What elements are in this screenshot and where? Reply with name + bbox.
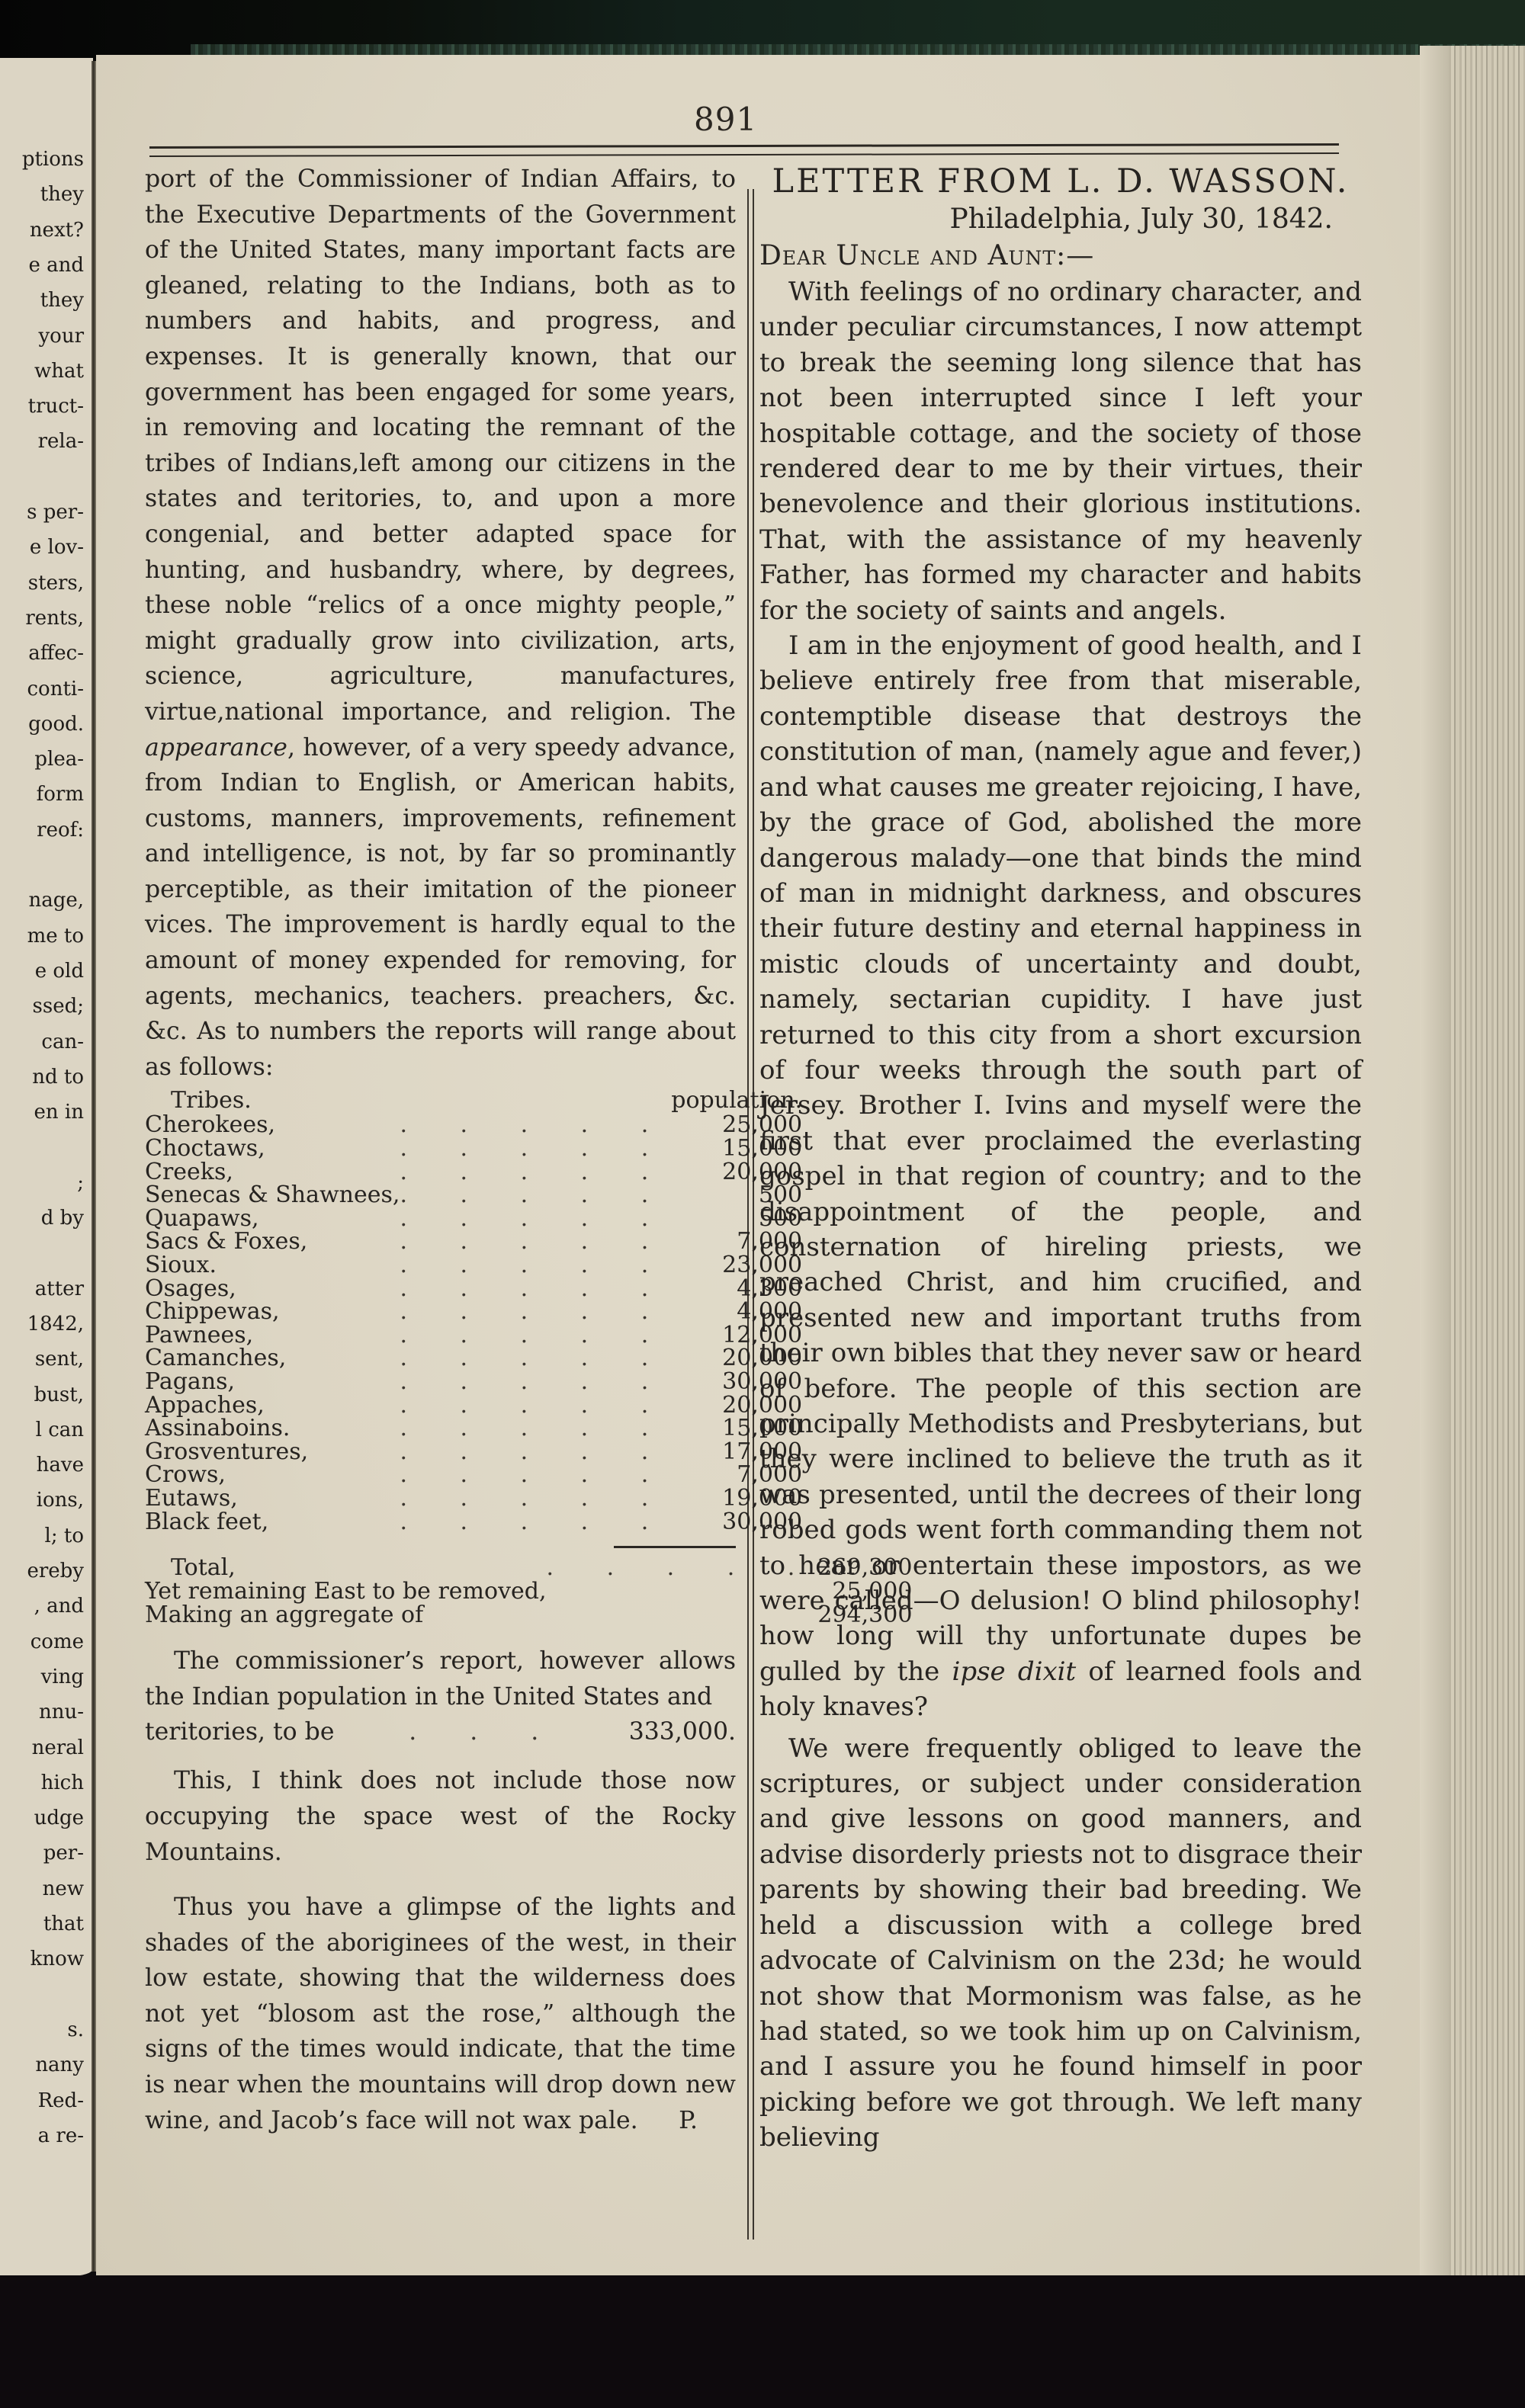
intro-paragraph: port of the Commissioner of Indian Affai… [145, 162, 736, 1085]
previous-page-text-fragment: know [30, 1948, 84, 1970]
previous-page-text-fragment: s. [67, 2018, 84, 2041]
page-number: 891 [694, 101, 757, 138]
table-row: Senecas & Shawnees,. . . . .500 [145, 1184, 802, 1207]
previous-page-text-fragment: hich [41, 1772, 84, 1794]
aggregate-label: Making an aggregate of [145, 1603, 547, 1627]
tribe-name: Black feet, [145, 1511, 400, 1534]
closing-paragraph: Thus you have a glimpse of the lights an… [145, 1890, 736, 2138]
previous-page-text-fragment: e lov- [30, 536, 84, 559]
previous-page-text-fragment: next? [30, 219, 84, 242]
commissioner-total-row: teritories, to be . . . 333,000. [145, 1714, 736, 1749]
leader-dots: . . . . . [400, 1394, 671, 1418]
tribe-name: Pawnees, [145, 1324, 400, 1348]
table-row: Pagans,. . . . .30,000 [145, 1371, 802, 1394]
previous-page-text-fragment: ptions [22, 148, 84, 171]
salutation: Dear Uncle and Aunt:— [759, 238, 1362, 274]
tribes-population-table: Tribes. population. Cherokees,. . . . .2… [145, 1088, 802, 1534]
commissioner-total-label: teritories, to be [145, 1714, 409, 1749]
previous-page-text-fragment: , and [34, 1595, 84, 1618]
previous-page-text-fragment: l can [36, 1419, 84, 1441]
tribe-name: Osages, [145, 1278, 400, 1301]
tribe-name: Camanches, [145, 1347, 400, 1371]
leader-dots: . . . . . [400, 1137, 671, 1161]
tribe-name: Grosventures, [145, 1441, 400, 1464]
previous-page-text-fragment: sters, [28, 572, 84, 595]
tribe-name: Assinaboins. [145, 1417, 400, 1441]
previous-page-text-fragment: neral [32, 1736, 84, 1759]
previous-page-text-fragment: a re- [38, 2124, 84, 2147]
previous-page-text-fragment: me to [27, 925, 84, 947]
previous-page-text-fragment: rents, [25, 607, 84, 630]
table-row: Appaches,. . . . .20,000 [145, 1394, 802, 1418]
letter-paragraph-2: I am in the enjoyment of good health, an… [759, 628, 1362, 1725]
previous-page-text-fragment: e old [35, 960, 84, 983]
table-row: Sioux.. . . . .23,000 [145, 1254, 802, 1278]
table-header-row: Tribes. population. [145, 1088, 802, 1114]
rocky-mountains-paragraph: This, I think does not include those now… [145, 1763, 736, 1870]
tribe-name: Choctaws, [145, 1137, 400, 1161]
leader-dots: . . . . . [400, 1300, 671, 1324]
previous-page-text-fragment: l; to [45, 1525, 84, 1547]
commissioner-total: teritories, to be . . . 333,000. [145, 1714, 736, 1749]
book-binding-top [0, 0, 1525, 61]
intro-emphasis: appearance [145, 734, 287, 762]
letter-paragraph-2-text: I am in the enjoyment of good health, an… [759, 630, 1362, 1687]
previous-page-text-fragment: ; [77, 1172, 84, 1194]
table-row: Creeks,. . . . .20,000 [145, 1161, 802, 1185]
table-row: Pawnees,. . . . .12,000 [145, 1324, 802, 1348]
right-column: LETTER FROM L. D. WASSON. Philadelphia, … [759, 162, 1362, 2156]
article-title: LETTER FROM L. D. WASSON. [759, 162, 1362, 201]
previous-page-text-fragment: have [37, 1454, 84, 1477]
previous-page-text-fragment: d by [41, 1207, 84, 1230]
previous-page-text-fragment: form [37, 783, 84, 806]
previous-page-text-fragment: en in [34, 1101, 84, 1124]
table-row: Camanches,. . . . .20,000 [145, 1347, 802, 1371]
tribe-name: Creeks, [145, 1161, 400, 1185]
table-row: Osages,. . . . .4,300 [145, 1278, 802, 1301]
leader-dots: . . . . . [400, 1487, 671, 1511]
tribe-name: Crows, [145, 1464, 400, 1487]
tribe-name: Cherokees, [145, 1114, 400, 1137]
previous-page-text-fragment: ving [41, 1666, 84, 1688]
table-row: Quapaws,. . . . .500 [145, 1207, 802, 1231]
table-row: Choctaws,. . . . .15,000 [145, 1137, 802, 1161]
table-row: Sacs & Foxes,. . . . .7,000 [145, 1230, 802, 1254]
previous-page-text-fragment: new [43, 1877, 84, 1900]
header-tribes: Tribes. [145, 1088, 400, 1114]
leader-dots: . . . . . [400, 1371, 671, 1394]
commissioner-text: The commissioner’s report, however allow… [145, 1647, 736, 1711]
previous-page-text-fragment: good. [28, 713, 84, 736]
previous-page-text-fragment: what [34, 360, 84, 383]
intro-text: port of the Commissioner of Indian Affai… [145, 165, 736, 726]
tribe-name: Chippewas, [145, 1300, 400, 1324]
previous-page-text-fragment: ssed; [33, 995, 84, 1018]
previous-page-text-fragment: they [40, 183, 84, 206]
table-row: Chippewas,. . . . .4,000 [145, 1300, 802, 1324]
page-edges-stack [1449, 46, 1525, 2287]
leader-dots: . . . [409, 1714, 621, 1749]
commissioner-paragraph: The commissioner’s report, however allow… [145, 1643, 736, 1714]
previous-page-text-fragment: Red- [38, 2089, 84, 2112]
previous-page-text-fragment: conti- [27, 678, 84, 701]
table-row: Crows,. . . . .7,000 [145, 1464, 802, 1487]
table-row: Grosventures,. . . . .17,000 [145, 1441, 802, 1464]
latin-phrase: ipse dixit [952, 1656, 1076, 1687]
previous-page-text-fragment: 1842, [27, 1313, 84, 1335]
leader-dots: . . . . . [400, 1184, 671, 1207]
tribe-name: Senecas & Shawnees, [145, 1184, 400, 1207]
previous-page-text-fragment: reof: [37, 819, 84, 842]
previous-page-text-fragment: affec- [28, 642, 84, 665]
leader-dots: . . . . . [400, 1114, 671, 1137]
previous-page-text-fragment: nd to [32, 1066, 84, 1089]
previous-page-text-fragment: nage, [28, 889, 84, 912]
total-rule [614, 1546, 736, 1548]
table-row: Assinaboins.. . . . .15,000 [145, 1417, 802, 1441]
tribe-name: Sacs & Foxes, [145, 1230, 400, 1254]
leader-dots: . . . . . [400, 1511, 671, 1534]
previous-page-text-fragment: can- [41, 1031, 84, 1053]
previous-page-text-fragment: truct- [28, 395, 84, 418]
previous-page-text-fragment: your [38, 325, 84, 348]
leader-spacer [400, 1088, 671, 1114]
previous-page-text-fragment: nnu- [39, 1701, 84, 1723]
leader-dots: . . . . . [400, 1441, 671, 1464]
commissioner-total-value: 333,000. [621, 1714, 736, 1749]
background-shadow [0, 2275, 1525, 2408]
previous-page-text-fragment: e and [28, 254, 84, 277]
tribe-name: Pagans, [145, 1371, 400, 1394]
leader-dots: . . . . . [400, 1207, 671, 1231]
letter-paragraph-1: With feelings of no ordinary character, … [759, 274, 1362, 628]
leader-dots: . . . . . [400, 1464, 671, 1487]
leader-dots: . . . . . [400, 1278, 671, 1301]
previous-page-text-fragment: they [40, 289, 84, 312]
previous-page-text-fragment: ereby [27, 1560, 84, 1582]
dateline: Philadelphia, July 30, 1842. [759, 201, 1362, 238]
previous-page-text-fragment: bust, [34, 1384, 84, 1406]
letter-paragraph-3: We were frequently obliged to leave the … [759, 1731, 1362, 2156]
tribe-name: Quapaws, [145, 1207, 400, 1231]
previous-page-text-fragment: sent, [35, 1348, 84, 1371]
leader-dots: . . . . . [400, 1324, 671, 1348]
intro-text-pre: The [672, 698, 736, 726]
leader-dots: . . . . . [400, 1161, 671, 1185]
previous-page-text-fragment: s per- [27, 501, 84, 524]
left-column: port of the Commissioner of Indian Affai… [145, 162, 736, 2139]
previous-page-edge: ptionstheynext?e andtheyyourwhattruct-re… [0, 58, 93, 2276]
tribe-name: Appaches, [145, 1394, 400, 1418]
leader-dots: . . . . . [400, 1417, 671, 1441]
previous-page-text-fragment: that [43, 1913, 84, 1935]
previous-page-text-fragment: plea- [34, 748, 84, 771]
previous-page-text-fragment: per- [43, 1842, 84, 1865]
previous-page-text-fragment: udge [34, 1807, 84, 1829]
leader-dots: . . . . . [400, 1254, 671, 1278]
tribe-name: Sioux. [145, 1254, 400, 1278]
remaining-label: Yet remaining East to be removed, [145, 1579, 547, 1603]
previous-page-text-fragment: ions, [37, 1489, 84, 1512]
table-row: Black feet,. . . . .30,000 [145, 1511, 802, 1534]
leader-dots: . . . . . [400, 1347, 671, 1371]
tribe-name: Eutaws, [145, 1487, 400, 1511]
leader-dots: . . . . . [400, 1230, 671, 1254]
previous-page-text-fragment: come [30, 1630, 84, 1653]
table-row: Cherokees,. . . . .25,000 [145, 1114, 802, 1137]
table-row: Eutaws,. . . . .19,000 [145, 1487, 802, 1511]
previous-page-text-fragment: rela- [38, 430, 84, 453]
previous-page-text-fragment: atter [35, 1278, 84, 1300]
previous-page-text-fragment: nany [35, 2054, 84, 2076]
total-label: Total, [145, 1556, 547, 1579]
intro-text-continued: , however, of a very speedy advance, fro… [145, 734, 736, 1081]
